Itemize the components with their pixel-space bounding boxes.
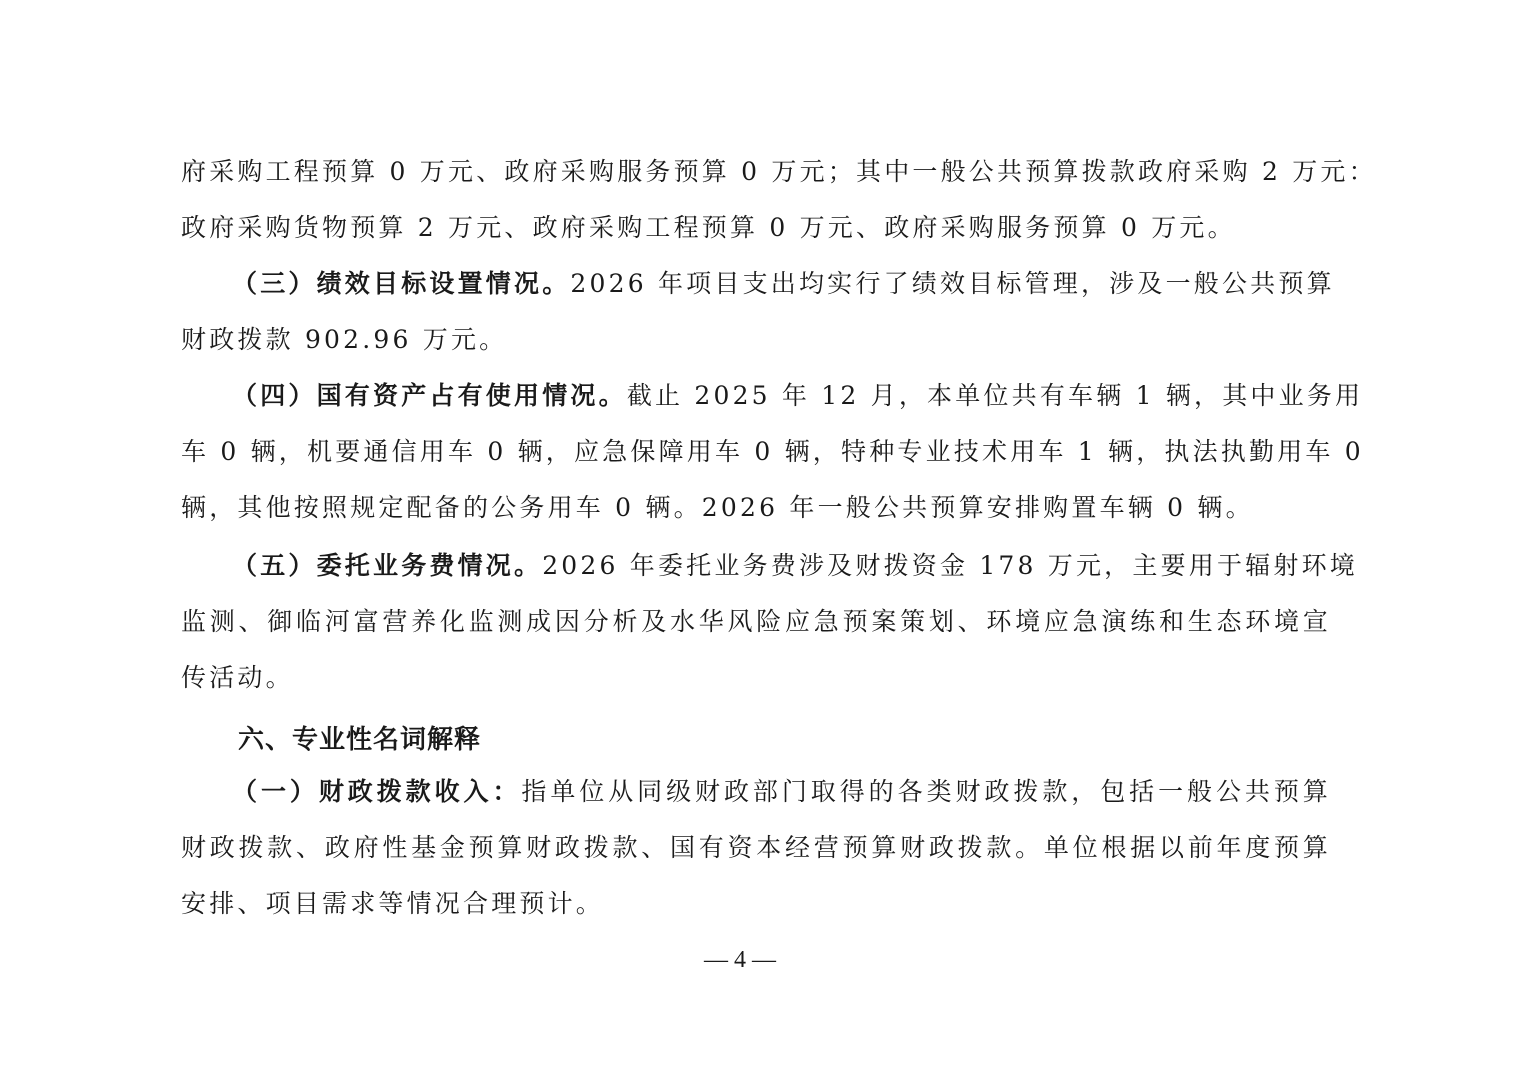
assets-paragraph-line-3: 辆，其他按照规定配备的公务用车 0 辆。2026 年一般公共预算安排购置车辆 0… (181, 488, 1331, 528)
entrusted-paragraph-line-3: 传活动。 (181, 658, 1331, 698)
fiscal-income-paragraph-lead: （一）财政拨款收入： (232, 777, 521, 806)
procurement-line-1: 府采购工程预算 0 万元、政府采购服务预算 0 万元；其中一般公共预算拨款政府采… (181, 152, 1331, 192)
entrusted-paragraph-line-2: 监测、御临河富营养化监测成因分析及水华风险应急预案策划、环境应急演练和生态环境宣 (181, 602, 1331, 642)
entrusted-paragraph-text: 2026 年委托业务费涉及财拨资金 178 万元，主要用于辐射环境 (542, 551, 1358, 580)
entrusted-paragraph-line-1: （五）委托业务费情况。2026 年委托业务费涉及财拨资金 178 万元，主要用于… (232, 546, 1331, 586)
performance-paragraph-line-1: （三）绩效目标设置情况。2026 年项目支出均实行了绩效目标管理，涉及一般公共预… (232, 264, 1331, 304)
assets-paragraph-line-2: 车 0 辆，机要通信用车 0 辆，应急保障用车 0 辆，特种专业技术用车 1 辆… (181, 432, 1331, 472)
performance-paragraph-lead: （三）绩效目标设置情况。 (232, 269, 570, 298)
document-page: 府采购工程预算 0 万元、政府采购服务预算 0 万元；其中一般公共预算拨款政府采… (0, 0, 1520, 1074)
assets-paragraph-lead: （四）国有资产占有使用情况。 (232, 381, 627, 410)
entrusted-paragraph-lead: （五）委托业务费情况。 (232, 551, 542, 580)
fiscal-income-paragraph-text: 指单位从同级财政部门取得的各类财政拨款，包括一般公共预算 (521, 777, 1331, 806)
assets-paragraph-text: 截止 2025 年 12 月，本单位共有车辆 1 辆，其中业务用 (627, 381, 1363, 410)
performance-paragraph-line-2: 财政拨款 902.96 万元。 (181, 320, 1331, 360)
performance-paragraph-text: 2026 年项目支出均实行了绩效目标管理，涉及一般公共预算 (570, 269, 1334, 298)
fiscal-income-paragraph-line-1: （一）财政拨款收入：指单位从同级财政部门取得的各类财政拨款，包括一般公共预算 (232, 772, 1331, 812)
page-number: — 4 — (0, 942, 1480, 978)
fiscal-income-paragraph-line-3: 安排、项目需求等情况合理预计。 (181, 884, 1331, 924)
procurement-line-2: 政府采购货物预算 2 万元、政府采购工程预算 0 万元、政府采购服务预算 0 万… (181, 208, 1331, 248)
fiscal-income-paragraph-line-2: 财政拨款、政府性基金预算财政拨款、国有资本经营预算财政拨款。单位根据以前年度预算 (181, 828, 1331, 868)
assets-paragraph-line-1: （四）国有资产占有使用情况。截止 2025 年 12 月，本单位共有车辆 1 辆… (232, 376, 1331, 416)
section-heading: 六、专业性名词解释 (238, 720, 481, 760)
